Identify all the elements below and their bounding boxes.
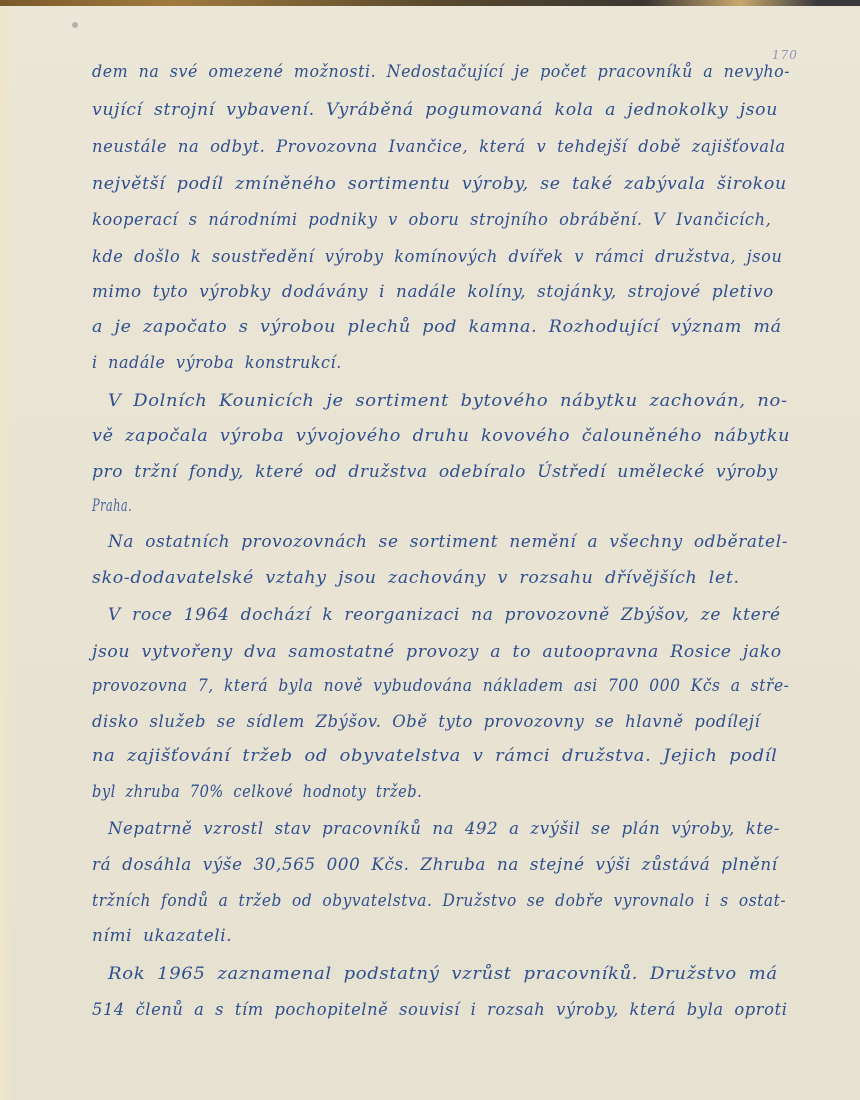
handwritten-line: V Dolních Kounicích je sortiment bytovéh… [108, 391, 788, 410]
handwritten-line: ními ukazateli. [92, 926, 232, 945]
handwritten-line: vující strojní vybavení. Vyráběná pogumo… [92, 100, 778, 119]
handwritten-line: Rok 1965 zaznamenal podstatný vzrůst pra… [108, 964, 778, 983]
handwritten-line: provozovna 7, která byla nově vybudována… [92, 676, 789, 695]
handwritten-line: tržních fondů a tržeb od obyvatelstva. D… [92, 891, 786, 910]
handwritten-line: mimo tyto výrobky dodávány i nadále kolí… [92, 282, 774, 301]
handwritten-line: vě započala výroba vývojového druhu kovo… [92, 426, 790, 445]
handwritten-line: a je započato s výrobou plechů pod kamna… [92, 317, 782, 336]
handwritten-line: Na ostatních provozovnách se sortiment n… [108, 532, 788, 551]
handwritten-line: 514 členů a s tím pochopitelně souvisí i… [92, 1000, 788, 1019]
handwritten-line: V roce 1964 dochází k reorganizaci na pr… [108, 605, 781, 624]
handwritten-line: byl zhruba 70% celkové hodnoty tržeb. [92, 782, 422, 801]
handwritten-line: rá dosáhla výše 30,565 000 Kčs. Zhruba n… [92, 855, 778, 874]
handwritten-line: pro tržní fondy, které od družstva odebí… [92, 462, 778, 481]
handwritten-line: i nadále výroba konstrukcí. [92, 353, 342, 372]
handwritten-line: neustále na odbyt. Provozovna Ivančice, … [92, 137, 786, 156]
handwritten-line: dem na své omezené možnosti. Nedostačují… [92, 62, 790, 81]
handwritten-line: Nepatrně vzrostl stav pracovníků na 492 … [108, 819, 780, 838]
handwritten-line: jsou vytvořeny dva samostatné provozy a … [92, 642, 782, 661]
handwritten-line: kde došlo k soustředění výroby komínovýc… [92, 247, 782, 266]
handwritten-line: největší podíl zmíněného sortimentu výro… [92, 174, 787, 193]
handwritten-line: kooperací s národními podniky v oboru st… [92, 210, 771, 229]
handwritten-text-body: dem na své omezené možnosti. Nedostačují… [0, 0, 860, 1100]
handwritten-line: sko-dodavatelské vztahy jsou zachovány v… [92, 568, 740, 587]
handwritten-line: na zajišťování tržeb od obyvatelstva v r… [92, 746, 778, 765]
scanned-page: 170 dem na své omezené možnosti. Nedosta… [0, 0, 860, 1100]
handwritten-line: Praha. [92, 496, 132, 515]
handwritten-line: disko služeb se sídlem Zbýšov. Obě tyto … [92, 712, 760, 731]
